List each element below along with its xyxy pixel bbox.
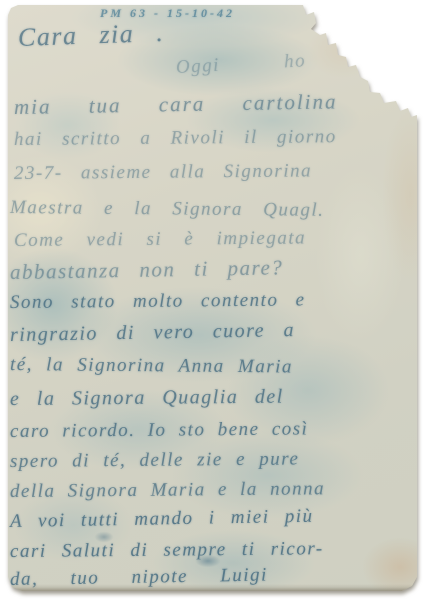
handwritten-line: Oggi ho [175,50,306,79]
salutation-line: Cara zia . [17,18,164,53]
handwritten-line: della Signora Maria e la nonna [10,478,325,503]
handwritten-line: hai scritto a Rivoli il giorno [14,126,337,151]
handwritten-line: cari Saluti di sempre ti ricor- [10,538,324,563]
handwritten-line: abbastanza non ti pare? [10,255,284,285]
handwritten-line: A voi tutti mando i miei più [10,506,314,533]
handwritten-line: Sono stato molto contento e [10,289,306,314]
letter-paper: PM 63 - 15-10-42 Cara zia . Oggi ho mia … [8,5,417,591]
handwritten-line: Maestra e la Signora Quagl. [10,197,325,222]
handwritten-line: té, la Signorina Anna Maria [10,354,293,378]
handwritten-line: Come vedi si è impiegata [14,227,306,252]
handwritten-line: mia tua cara cartolina [14,89,338,120]
handwritten-line: ringrazio di vero cuore a [10,319,295,347]
handwritten-line: spero di té, delle zie e pure [10,448,300,473]
handwriting-layer: PM 63 - 15-10-42 Cara zia . Oggi ho mia … [8,5,417,591]
handwritten-line: 23-7- assieme alla Signorina [14,160,312,185]
handwritten-line: e la Signora Quaglia del [10,386,284,411]
handwritten-line: caro ricordo. Io sto bene così [10,418,309,443]
letter-photo: PM 63 - 15-10-42 Cara zia . Oggi ho mia … [8,5,417,591]
photo-background: { "letter": { "postmark_date": "PM 63 - … [0,0,424,604]
signature-line: da, tuo nipote Luigi [10,565,268,591]
